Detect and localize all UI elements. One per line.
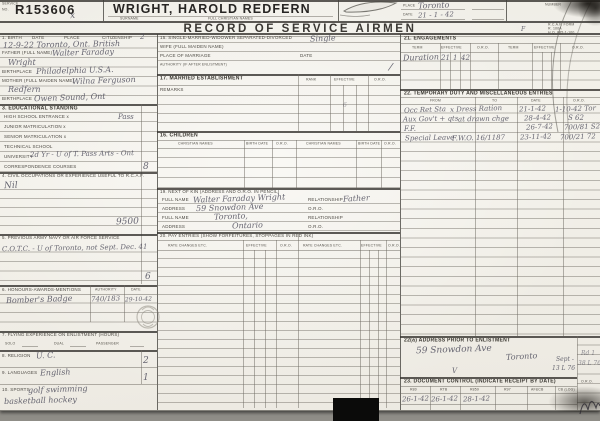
- s20-col-header: RATE CHANGES ETC.: [168, 244, 207, 247]
- s3-row-label: UNIVERSITY: [4, 155, 33, 160]
- s1-birthplace2-label: BIRTHPLACE: [2, 97, 32, 102]
- date-line: [401, 19, 465, 20]
- s23-col-header: R80: [410, 388, 417, 391]
- s3-row-label: JUNIOR MATRICULATION x: [4, 125, 66, 130]
- s22-row-to: at drawn chge: [458, 115, 509, 124]
- service-no-label-2: NO.: [2, 8, 9, 11]
- s1-mother-name-2: Redfern: [8, 85, 41, 94]
- s16-col-header: BIRTH DATE: [246, 142, 268, 145]
- service-number: R153606: [15, 2, 75, 17]
- s1-father-label: FATHER (FULL NAME): [2, 51, 52, 56]
- s23-grid-line: [495, 386, 496, 410]
- s15-check-mark: /: [388, 62, 393, 73]
- s7-passenger-label: PASSENGER: [96, 342, 119, 345]
- s4-entry: Nil: [4, 181, 18, 191]
- rule: [157, 240, 400, 241]
- christian-names-label: FULL CHRISTIAN NAMES: [208, 17, 253, 20]
- section-border: [0, 285, 157, 287]
- s1-father-name-1: Walter Faraday: [52, 47, 114, 58]
- blank-line: [472, 9, 504, 10]
- date-label: DATE: [403, 13, 413, 16]
- header-box-divider: [506, 0, 507, 21]
- s19-relationship2-label: RELATIONSHIP: [308, 216, 343, 221]
- service-handwritten-mark: x: [69, 11, 75, 21]
- s17-ruled-rows: [157, 87, 400, 131]
- s3-row-label: SENIOR MATRICULATION x: [4, 135, 66, 140]
- s5-margin-number: 6: [145, 272, 151, 282]
- s22-to-label: TO: [492, 99, 497, 102]
- page-crease-marks: [530, 0, 600, 150]
- s23-col-header: R97: [504, 388, 511, 391]
- place-line: [401, 9, 465, 10]
- s21-col-header: EFFECTIVE: [441, 46, 462, 49]
- s9-margin-number: 1: [143, 373, 149, 383]
- s20-col-header: RATE CHANGES ETC.: [303, 244, 342, 247]
- s10-title: 10. SPORTS: [2, 388, 30, 393]
- s1-father-name-2: Wright: [8, 58, 36, 67]
- s16-ruled-rows: [157, 148, 400, 188]
- s22a-check-mark: V: [452, 367, 457, 375]
- s6-title: 6. HONOURS-AWARDS-MENTIONS: [2, 288, 81, 293]
- s23-grid-line: [527, 386, 528, 410]
- s22a-address-line2: Toronto: [506, 351, 538, 362]
- s19-relationship-label: RELATIONSHIP: [308, 198, 343, 203]
- s19-fullname2-label: FULL NAME: [162, 216, 189, 221]
- signature-scrawl: [576, 390, 600, 420]
- s16-col-header: CHRISTIAN NAMES: [178, 142, 213, 145]
- s19-fullname-label: FULL NAME: [162, 198, 189, 203]
- s23-col-header: CB (LOG): [558, 388, 575, 391]
- s3-ruled-rows: [0, 112, 157, 172]
- scanned-service-record: SERVICE NO. R153606 x WRIGHT, HAROLD RED…: [0, 0, 600, 421]
- s22-row-from: F.F.: [404, 125, 416, 133]
- s8-title: 8. RELIGION: [2, 354, 31, 359]
- s21-col-header: O.R.O.: [477, 46, 489, 49]
- s3-row-value: Pass: [118, 113, 134, 121]
- blank-line: [472, 19, 504, 20]
- place-label: PLACE: [403, 4, 415, 7]
- s20-col-header: EFFECTIVE: [246, 244, 267, 247]
- s19-relationship-value: Father: [343, 193, 370, 203]
- s7-dual-line: [70, 346, 86, 347]
- s16-col-header: BIRTH DATE: [358, 142, 380, 145]
- s23-grid-line: [460, 386, 461, 410]
- s22-row-to: F.W.O. 16/1187: [452, 134, 505, 143]
- surname-label: SURNAME: [120, 17, 139, 20]
- s6-authority: 740/183: [91, 294, 120, 303]
- airman-name: WRIGHT, HAROLD REDFERN: [113, 2, 311, 16]
- s22a-title: 22(a) ADDRESS PRIOR TO ENLISTMENT: [404, 338, 510, 343]
- s4-margin-number: 9500: [116, 217, 139, 228]
- s22a-address-line1: 59 Snowdon Ave: [416, 344, 492, 357]
- s19-oro-label: O.R.O.: [308, 207, 323, 212]
- s17-oro-label: O.R.O.: [374, 78, 386, 81]
- s20-col-header: O.R.O.: [280, 244, 292, 247]
- header-box-divider: [103, 0, 104, 21]
- s20-title: 20. PAY ENTRIES (SHOW FORFEITURES, STOPP…: [160, 234, 313, 239]
- s15-ruled-rows: [157, 34, 400, 66]
- rule: [400, 386, 577, 387]
- s23-grid-line: [555, 386, 556, 410]
- section-border: [0, 350, 157, 352]
- s21-col-header: TERM: [508, 46, 519, 49]
- rule: [400, 404, 577, 405]
- s17-effective-label: EFFECTIVE: [334, 78, 355, 81]
- s7-solo-line: [22, 346, 38, 347]
- s23-col-header: R859: [470, 388, 479, 391]
- s17-rank-label: RANK: [306, 78, 316, 81]
- s21-col-header: TERM: [412, 46, 423, 49]
- s21-effective-day: 21: [441, 54, 450, 62]
- s19-province-value: Ontario: [232, 220, 263, 230]
- s21-term-entry: Duration: [403, 52, 439, 62]
- s1-birthplace-label: BIRTHPLACE: [2, 70, 32, 75]
- s21-effective-month: 1: [453, 54, 457, 62]
- s22-row-from: Occ Ret Sta: [404, 105, 446, 114]
- s22-row-from: Aux Gov't + qts: [403, 115, 459, 124]
- s8-margin-number: 2: [143, 356, 149, 366]
- s20-col-header: O.R.O.: [388, 244, 400, 247]
- s10-sports-2: basketball hockey: [4, 395, 77, 406]
- s7-passenger-line: [130, 346, 144, 347]
- title-pen-mark: F: [521, 26, 525, 33]
- s20-ruled-rows: [157, 250, 400, 408]
- s23-col-header: AF&CB: [531, 388, 543, 391]
- s21-title: 21. ENGAGEMENTS: [404, 36, 456, 41]
- s1-mother-label: MOTHER (FULL MAIDEN NAME): [2, 79, 74, 84]
- s15-wife-label: WIFE (FULL MAIDEN NAME): [160, 45, 224, 50]
- s10-sports-1: golf swimming: [28, 384, 88, 395]
- s22a-note-1: Sept -: [556, 356, 574, 363]
- s4-title: 4. CIVIL OCCUPATIONS OR EXPERIENCE USEFU…: [2, 174, 144, 179]
- s9-value: English: [40, 367, 71, 377]
- s7-dual-label: DUAL: [54, 342, 64, 345]
- s7-solo-label: SOLO: [5, 342, 15, 345]
- strip-margin-note: 38 L 76: [578, 360, 600, 367]
- s6-date-label: DATE: [131, 288, 141, 291]
- s22-row-from: Special Leave: [405, 134, 454, 143]
- record-card: SERVICE NO. R153606 x WRIGHT, HAROLD RED…: [0, 0, 600, 411]
- s3-row-label: HIGH SCHOOL ENTRANCE x: [4, 115, 69, 120]
- s23-title: 23. DOCUMENT CONTROL (INDICATE RECEIPT B…: [404, 379, 556, 384]
- s23-col-header: RTB: [440, 388, 447, 391]
- s15-marriage-label: PLACE OF MARRIAGE: [160, 54, 211, 59]
- s23-oro-label: O.R.O.: [581, 380, 593, 383]
- s19-address-label: ADDRESS: [162, 207, 185, 212]
- s16-col-header: O.R.O.: [276, 142, 288, 145]
- s16-col-header: CHRISTIAN NAMES: [306, 142, 341, 145]
- s22a-note-2: 13 L 76: [552, 365, 575, 372]
- s17-pencil-mark: 6: [343, 102, 347, 109]
- s23-date-entry: 28-1-42: [463, 395, 490, 404]
- pen-scribble-mark: [336, 0, 406, 20]
- s6-authority-label: AUTHORITY: [95, 288, 117, 291]
- s15-date-label: DATE: [300, 54, 312, 59]
- rule: [157, 85, 400, 86]
- s15-authority-label: AUTHORITY (IF AFTER ENLISTMENT): [160, 63, 227, 66]
- s1-mother-birthplace: Owen Sound, Ont: [34, 92, 106, 103]
- s8-value: U. C.: [36, 350, 56, 360]
- s22-from-label: FROM: [430, 99, 441, 102]
- rule: [0, 367, 157, 368]
- redaction-box: [333, 398, 379, 421]
- s7-title: 7. FLYING EXPERIENCE ON ENLISTMENT (HOUR…: [2, 333, 119, 338]
- rule: [157, 140, 400, 141]
- s19-address2-label: ADDRESS: [162, 225, 185, 230]
- s23-date-entry: 26-1-42: [431, 395, 458, 404]
- s19-city-value: Toronto,: [214, 211, 248, 221]
- s9-title: 9. LANGUAGES: [2, 371, 37, 376]
- strip-margin-note: Rd 1: [581, 350, 595, 357]
- s3-row-label: CORRESPONDENCE COURSES: [4, 165, 76, 170]
- s3-title: 3. EDUCATIONAL STANDING: [2, 106, 78, 111]
- s19-oro2-label: O.R.O.: [308, 225, 323, 230]
- s5-title: 5. PREVIOUS ARMY NAVY OR AIR FORCE SERVI…: [2, 236, 120, 241]
- s17-title: 17. MARRIED ESTABLISHMENT: [160, 76, 243, 81]
- s3-row-label: TECHNICAL SCHOOL: [4, 145, 53, 150]
- s16-col-header: O.R.O.: [384, 142, 396, 145]
- s21-effective-year: 42: [461, 54, 470, 62]
- s23-date-entry: 26-1-42: [402, 395, 429, 404]
- s16-title: 16. CHILDREN: [160, 133, 198, 138]
- s3-margin-number: 8: [143, 162, 149, 172]
- s20-col-header: EFFECTIVE: [361, 244, 382, 247]
